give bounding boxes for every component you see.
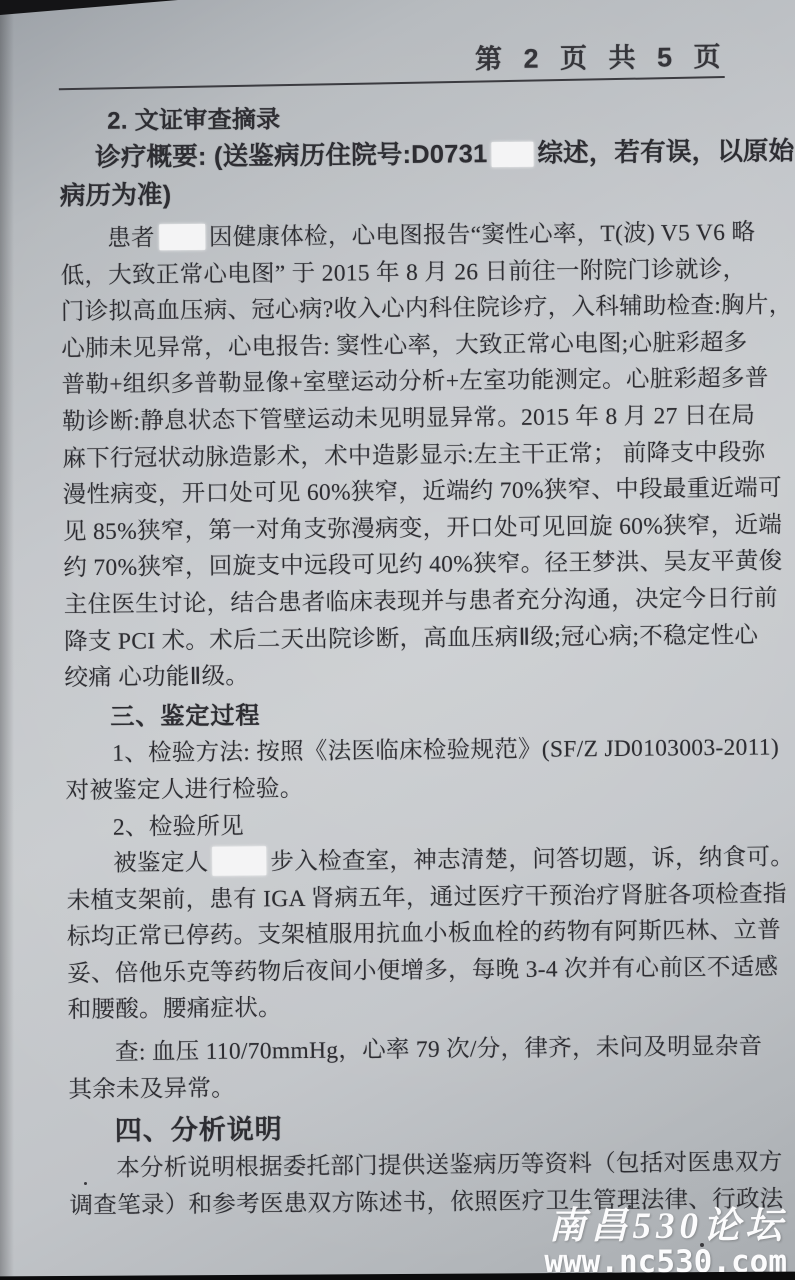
para2-line-3: 妥、倍他乐克等药物后夜间小便增多，每晚 3-4 次并有心前区不适感 [67,950,742,993]
redaction-box [491,142,533,167]
section4-title: 四、分析说明 [69,1105,744,1151]
redaction-box [212,846,266,876]
para1-line-12: 绞痛 心功能Ⅱ级。 [64,654,739,697]
summary-line-1-post: 综述，若有误，以原始 [537,137,794,167]
watermark-site-name: 南昌530论坛 [544,1208,787,1245]
para2-line-0-pre: 被鉴定人 [113,850,208,877]
page-number-label: 第 2 页 共 5 页 [58,41,733,79]
redaction-box [159,224,205,250]
para2-line-0: 被鉴定人步入检查室，神志清楚，问答切题，诉，纳食可。 [66,840,741,883]
para1-line-2: 门诊拟高血压病、冠心病?收入心内科住院诊疗，入科辅助检查:胸片， [61,288,736,331]
dust-speck [84,1182,87,1185]
para1-line-5: 勒诊断:静息状态下管壁运动未见明显异常。2015 年 8 月 27 日在局 [62,398,737,441]
document-photo: 第 2 页 共 5 页 2. 文证审查摘录 诊疗概要: (送鉴病历住院号:D07… [0,0,795,1280]
para1-line-0-post: 因健康体检，心电图报告“窦性心率，T(波) V5 V6 略 [209,220,756,251]
para1-line-7: 漫性病变，开口处可见 60%狭窄，近端约 70%狭窄、中段最重近端可 [63,471,738,514]
para2-line-2: 标均正常已停药。支架植服用抗血小板血栓的药物有阿斯匹林、立普 [67,913,742,956]
para1-line-11: 降支 PCI 术。术后二天出院诊断，高血压病Ⅱ级;冠心病;不稳定性心 [64,617,739,660]
exam-line-1: 其余未及异常。 [68,1065,743,1108]
summary-line-2: 病历为准) [60,171,735,215]
para1-line-10: 主住医生讨论，结合患者临床表现并与患者充分沟通，决定今日行前 [64,581,739,624]
document-page: 第 2 页 共 5 页 2. 文证审查摘录 诊疗概要: (送鉴病历住院号:D07… [0,0,795,1225]
summary-line-1-pre: 诊疗概要: (送鉴病历住院号:D0731 [95,140,487,172]
para2-line-0-post: 步入检查室，神志清楚，问答切题，诉，纳食可。 [270,844,794,875]
para1-line-0: 患者因健康体检，心电图报告“窦性心率，T(波) V5 V6 略 [60,215,735,258]
exam-line-0: 查: 血压 110/70mmHg，心率 79 次/分，律齐，未问及明显杂音 [68,1029,743,1072]
summary-line-1: 诊疗概要: (送鉴病历住院号:D0731综述，若有误，以原始 [59,133,734,177]
method-line-1: 1、检验方法: 按照《法医临床检验规范》(SF/Z JD0103003-2011… [65,730,740,773]
para1-line-0-pre: 患者 [107,225,155,251]
forum-watermark: 南昌530论坛 www.nc530.com [544,1208,787,1278]
para3-line-0: 本分析说明根据委托部门提供送鉴病历等资料（包括对医患双方 [69,1145,744,1188]
para2-line-4: 和腰酸。腰痛症状。 [68,986,743,1029]
